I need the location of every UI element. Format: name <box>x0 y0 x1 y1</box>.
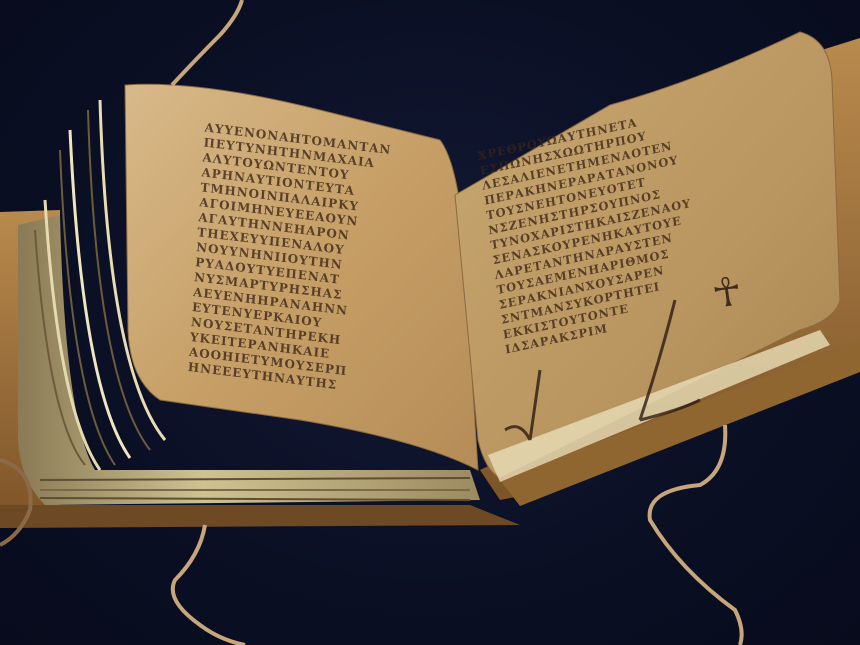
cord-bottom-left <box>173 525 245 645</box>
left-page-script: ΑΥΥΕΝΟΝΑΗΤΟΜΑΝΤΑΝ ΠΕΥΤΥΝΗΤΗΝΜΑΧΑΙΑ ΑΛΥΤΟ… <box>186 120 448 419</box>
photo-background: ΑΥΥΕΝΟΝΑΗΤΟΜΑΝΤΑΝ ΠΕΥΤΥΝΗΤΗΝΜΑΧΑΙΑ ΑΛΥΤΟ… <box>0 0 860 645</box>
cord-bottom-right <box>650 425 742 645</box>
ankh-symbol: ☥ <box>709 268 745 318</box>
cord-top <box>172 0 242 85</box>
